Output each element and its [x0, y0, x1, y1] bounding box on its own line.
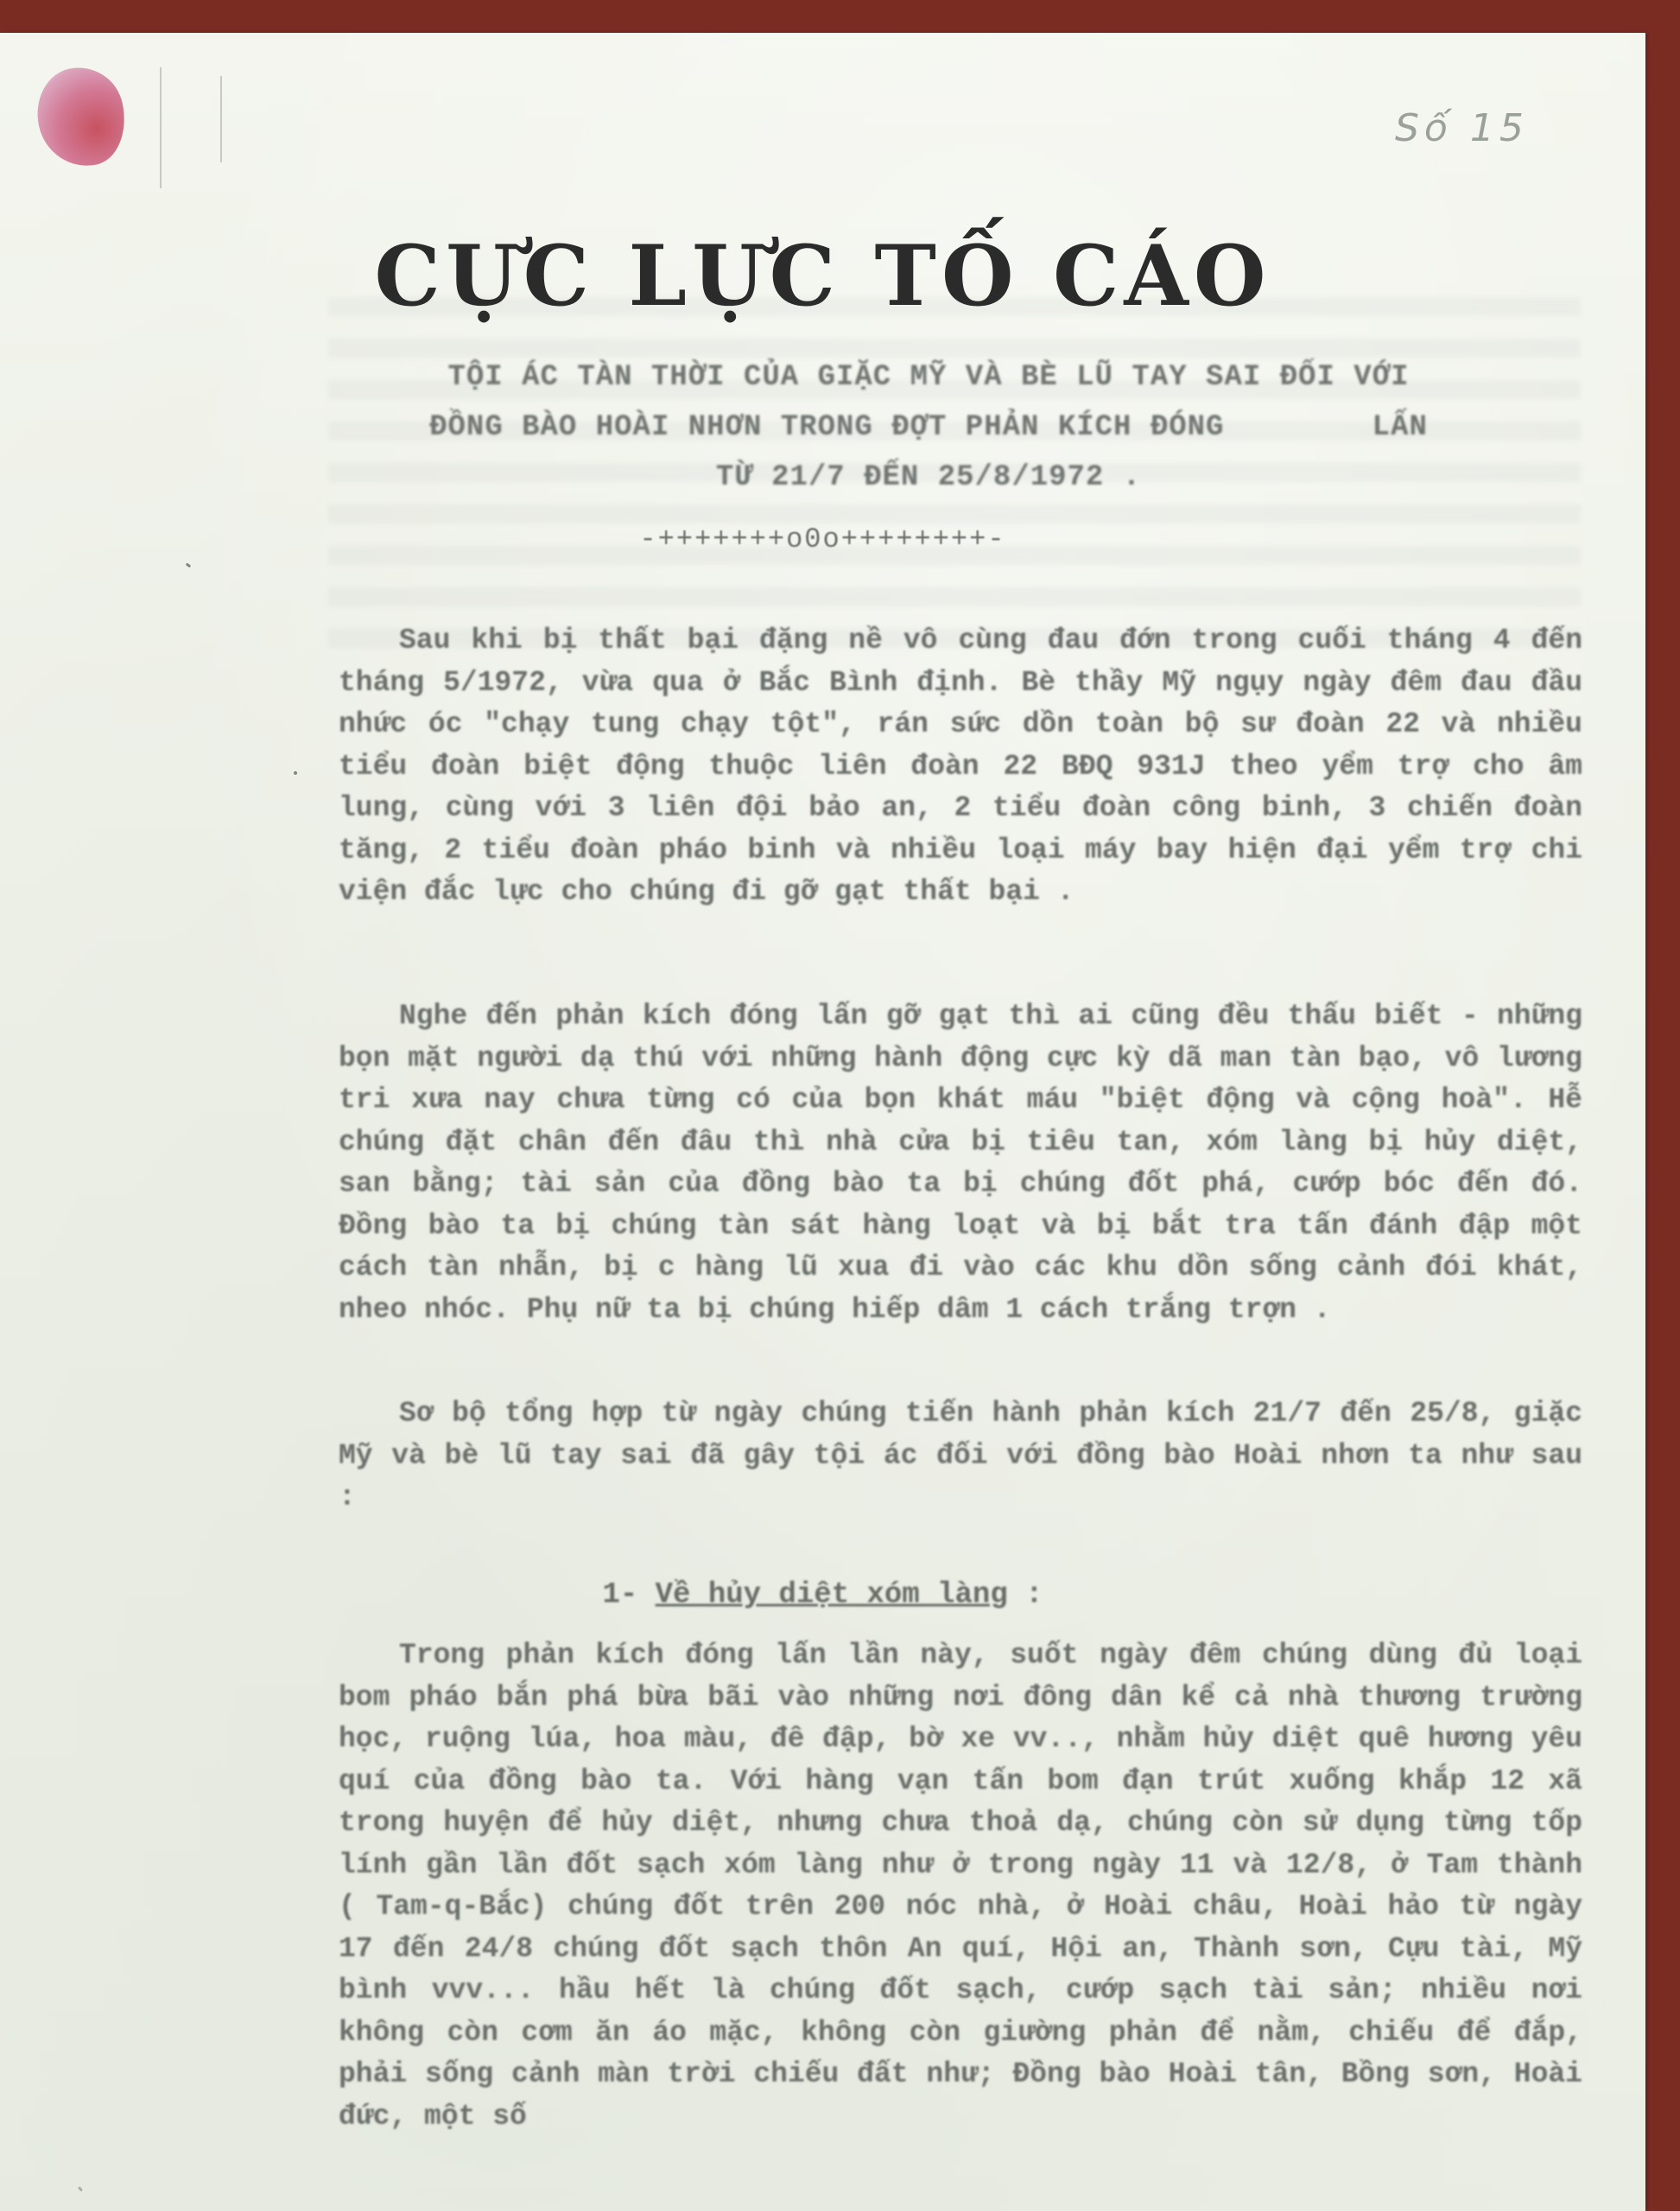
ink-speck — [186, 563, 192, 568]
ink-speck — [78, 2186, 83, 2192]
handwritten-number: Số 15 — [1395, 106, 1529, 150]
crease-line — [160, 67, 162, 188]
document-title: CỰC LỰC TỐ CÁO — [0, 227, 1645, 325]
subtitle-line: ĐỒNG BÀO HOÀI NHƠN TRONG ĐỢT PHẢN KÍCH Đ… — [406, 402, 1451, 453]
section-paragraph: Trong phản kích đóng lấn lần này, suốt n… — [339, 1635, 1582, 2138]
ornamental-separator: -+++++++o0o++++++++- — [0, 523, 1645, 555]
subtitle-line: TỪ 21/7 ĐẾN 25/8/1972 . — [406, 453, 1451, 503]
paragraph-1: Sau khi bị thất bại đặng nề vô cùng đau … — [339, 620, 1582, 914]
section-title: Về hủy diệt xóm làng — [656, 1579, 1008, 1612]
paragraph-3: Sơ bộ tổng hợp từ ngày chúng tiến hành p… — [339, 1393, 1582, 1519]
section-heading: 1- Về hủy diệt xóm làng : — [0, 1579, 1645, 1612]
section-suffix: : — [1008, 1579, 1043, 1612]
paragraph-2: Nghe đến phản kích đóng lấn gỡ gạt thì a… — [339, 996, 1582, 1331]
crease-line — [220, 76, 222, 162]
ink-speck — [294, 771, 297, 775]
red-ink-stamp-icon — [29, 60, 134, 174]
subtitle-line: TỘI ÁC TÀN THỜI CỦA GIẶC MỸ VÀ BÈ LŨ TAY… — [406, 352, 1451, 402]
document-subtitle: TỘI ÁC TÀN THỜI CỦA GIẶC MỸ VÀ BÈ LŨ TAY… — [406, 352, 1451, 503]
document-page: Số 15 CỰC LỰC TỐ CÁO TỘI ÁC TÀN THỜI CỦA… — [0, 33, 1645, 2211]
section-number: 1- — [602, 1579, 637, 1612]
